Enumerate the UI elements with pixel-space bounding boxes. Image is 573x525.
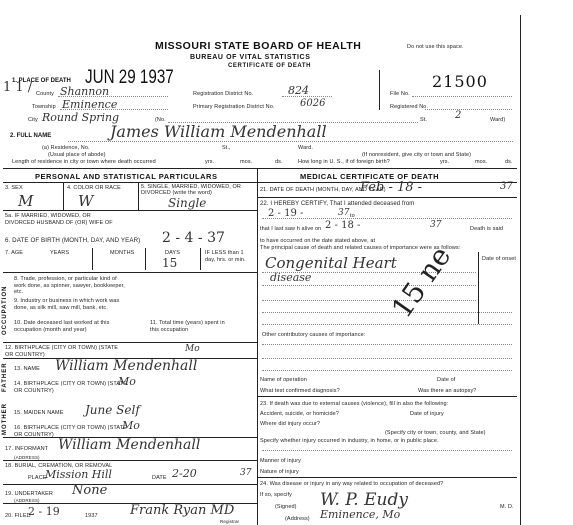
father-name-label: 13. NAME [14,366,40,372]
cause-dots-3 [262,298,476,301]
date-death-year: 37 [500,181,513,192]
specify-place-note: (Specify city or town, county, and State… [385,430,486,436]
months-label: MONTHS [110,250,134,256]
nonresident-note: (If nonresident, give city or town and S… [362,152,471,158]
length-residence-label: Length of residence in city or town wher… [12,159,156,165]
occupation-9-label: 9. Industry or business in which work wa… [14,298,129,311]
burial-date-value: 2-20 [172,467,197,480]
county-line [58,90,168,97]
diagnosis-label: What test confirmed diagnosis? [260,388,340,394]
attended-line [262,212,512,219]
mos-label-2: mos. [475,159,487,165]
full-name-label: 2. FULL NAME [10,133,51,139]
full-name-line [68,138,513,142]
days-value: 15 [162,256,177,270]
city-label: City [28,117,38,123]
row-divider-7 [3,484,257,485]
yrs-label-2: yrs. [440,159,449,165]
city-value: Round Spring [42,111,119,124]
burial-place-value: Mission Hill [45,468,112,481]
row-divider [3,210,257,211]
marital-label: 5. SINGLE, MARRIED, WIDOWED, OR DIVORCED… [141,184,251,196]
registered-no-line [425,103,512,110]
undertaker-value: None [72,483,107,498]
father-birthplace-label: 14. BIRTHPLACE (CITY OR TOWN) (STATE OR … [14,381,134,394]
onset-divider [478,252,479,324]
last-saw-year: 37 [430,220,441,230]
residence-ward-label: Ward. [298,145,313,151]
reg-district-label: Registration District No. [193,91,253,97]
burial-date-label: DATE [152,475,167,481]
specify-industry-label: Specify whether injury occurred in indus… [260,438,439,444]
age-divider-2 [145,248,146,270]
cause-dots-5 [262,322,512,325]
if-so-label: If so, specify [260,492,292,498]
filed-label: 20. FILED [5,513,31,519]
occupation-vertical-label: OCCUPATION [2,286,8,335]
accident-label: Accident, suicide, or homicide? [260,411,339,417]
filed-year: 1937 [85,513,98,519]
color-value: W [78,192,93,210]
physician-signature: W. P. Eudy [320,490,408,510]
residence-label: (a) Residence, No. [42,145,90,151]
death-said-label: Death is said [470,226,503,232]
ds-label: ds. [275,159,283,165]
township-label: Township [32,104,56,110]
occupation-8-label: 8. Trade, profession, or particular kind… [14,276,129,296]
burial-place-label: PLACE [28,475,47,481]
registrar-label: Registrar [220,519,239,524]
years-label: YEARS [50,250,69,256]
personal-divider [3,182,257,183]
date-of-label: Date of [437,377,455,383]
date-injury-label: Date of injury [410,411,444,417]
mother-birthplace-value: Mo [122,419,140,432]
birthplace-value: Mo [185,344,200,354]
informant-value: William Mendenhall [58,437,200,453]
occupation-11-label: 11. Total time (years) spent in this occ… [150,320,230,333]
sex-divider [63,183,64,210]
occupation-10-label: 10. Date deceased last worked at this oc… [14,320,129,333]
color-label: 4. COLOR OR RACE [67,185,121,191]
marital-value: Single [168,196,206,210]
usual-place-note: (Usual place of abode) [48,152,106,158]
registrar-signature: Frank Ryan MD [130,503,234,518]
dob-label: 6. DATE OF BIRTH (MONTH, DAY, AND YEAR) [5,237,140,244]
manner-label: Manner of injury [260,458,301,464]
physician-address-label: (Address) [285,516,310,522]
mos-label: mos. [240,159,252,165]
file-number: 21500 [432,72,488,91]
spouse-label: 5a. IF MARRIED, WIDOWED, OR DIVORCED HUS… [5,213,115,227]
other-causes-label: Other contributory causes of importance: [262,332,365,338]
header-divider [379,70,380,110]
sex-value: M [18,192,33,210]
bureau-title: BUREAU OF VITAL STATISTICS [190,54,310,61]
dob-value: 2 - 4 - 37 [162,230,225,246]
registered-no-label: Registered No. [390,104,428,110]
less-than-label: IF LESS than 1 day, hrs. or min. [205,250,253,264]
row-divider-3 [3,342,257,343]
age-divider-3 [200,248,201,270]
father-name-value: William Mendenhall [55,358,197,374]
other-dots-3 [262,368,512,371]
township-line [60,103,168,110]
primary-reg-value: 6026 [300,98,325,109]
ward-label: Ward) [490,117,505,123]
mother-maiden-value: June Self [85,403,140,417]
st-label: St. [420,117,427,123]
primary-reg-label: Primary Registration District No. [193,104,275,110]
reg-district-line [282,90,332,97]
ds-label-2: ds. [505,159,513,165]
occurred-label: to have occurred on the date stated abov… [260,238,375,244]
medical-row-divider [258,197,517,198]
last-saw-label: that I last saw h alive on [260,226,321,232]
cause-dots-2 [262,283,476,286]
q24-label: 24. Was disease or injury in any way rel… [260,481,443,487]
other-dots-1 [262,342,512,345]
medical-row-divider-2 [258,396,517,397]
informant-label: 17. INFORMANT [5,446,48,452]
nature-label: Nature of injury [260,469,299,475]
father-vertical-label: FATHER [2,362,8,392]
row-divider-6 [3,460,257,461]
ward-value: 2 [455,110,461,121]
how-long-label: How long in U. S., if of foreign birth? [298,159,390,165]
section-divider [3,168,517,169]
office-note: Do not use this space. [407,44,464,50]
medical-row-divider-3 [258,477,517,478]
column-divider [257,168,258,525]
file-no-line [412,90,512,97]
undertaker-label: 19. UNDERTAKER [5,491,53,497]
personal-section-title: PERSONAL AND STATISTICAL PARTICULARS [35,172,217,181]
where-injury-label: Where did injury occur? [260,421,320,427]
operation-label: Name of operation [260,377,307,383]
file-no-label: File No. [390,91,410,97]
residence-st-label: St., [222,145,231,151]
color-divider [138,183,139,210]
certify-label: 22. I HEREBY CERTIFY, That I attended de… [260,201,414,207]
other-dots-2 [262,356,512,359]
physician-address-value: Eminence, Mo [320,508,400,521]
row-divider-2 [3,272,257,273]
mother-vertical-label: MOTHER [2,403,8,435]
birthplace-label: 12. BIRTHPLACE (CITY OR TOWN) (STATE OR … [5,345,125,358]
autopsy-label: Was there an autopsy? [418,388,476,394]
age-divider-1 [92,248,93,270]
place-of-death-label: 1. PLACE OF DEATH [12,78,71,84]
date-death-value: Feb - 18 - [360,180,422,195]
signed-label: (Signed) [275,504,297,510]
yrs-label: yrs. [205,159,214,165]
right-border [520,15,521,525]
form-title: MISSOURI STATE BOARD OF HEALTH [155,40,361,52]
industry-dots [262,448,512,451]
age-label: 7. AGE [5,250,23,256]
burial-year-value: 37 [240,468,251,478]
last-saw-value: 2 - 18 - [325,220,360,231]
date-onset-label: Date of onset [482,256,516,262]
mother-maiden-label: 15. MAIDEN NAME [14,410,63,416]
county-label: County [36,91,54,97]
filed-date: 2 - 19 [28,505,60,518]
father-birthplace-value: Mo [118,375,136,388]
md-label: M. D. [500,504,514,510]
cause-dots-4 [262,310,512,313]
certificate-title: CERTIFICATE OF DEATH [228,63,311,69]
external-causes-label: 23. If death was due to external causes … [260,401,448,407]
sex-label: 3. SEX [5,185,23,191]
